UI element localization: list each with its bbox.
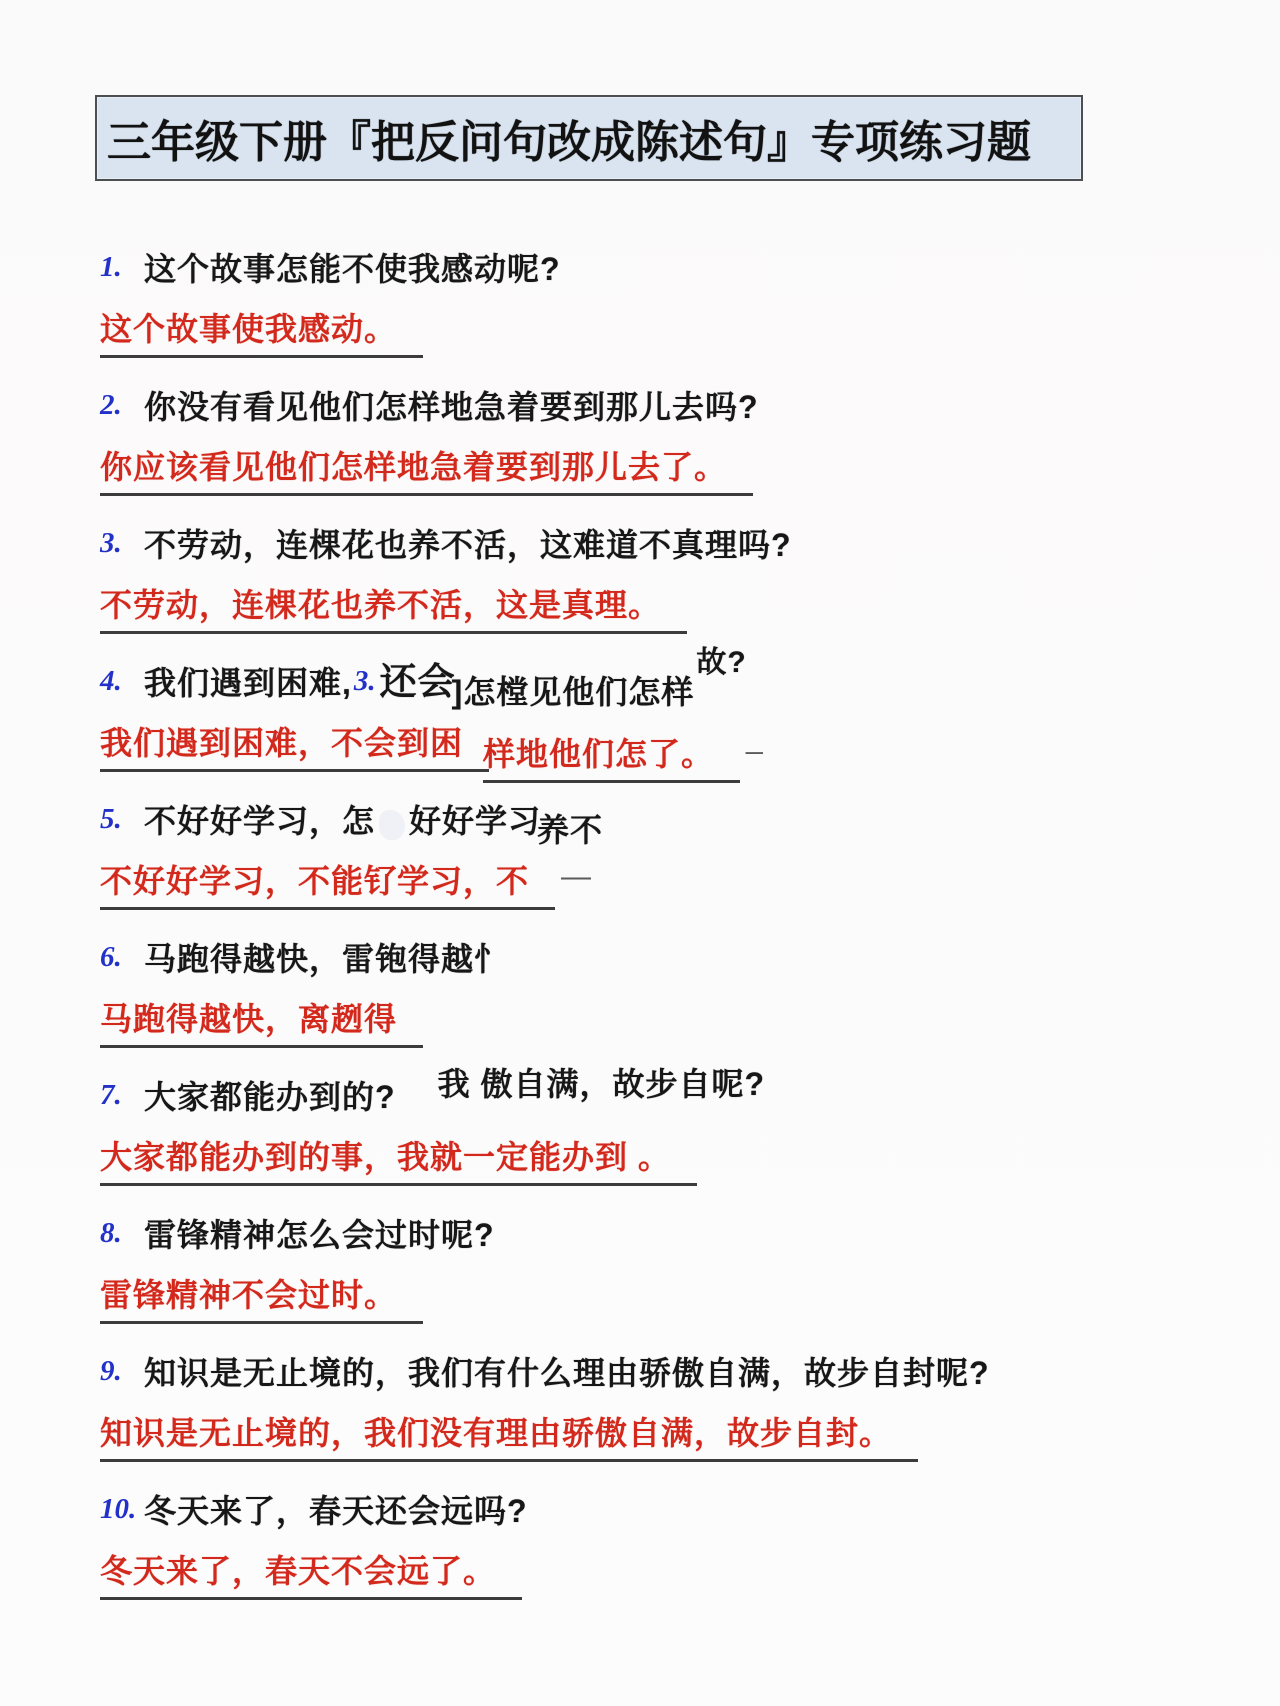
stray-question-number: 3. <box>354 665 380 698</box>
question-text: 知识是无止境的，我们有什么理由骄傲自满，故步自封呢? <box>144 1348 990 1394</box>
question-text: 雷锋精神怎么会过时呢? <box>144 1210 495 1256</box>
question-line-2: 2. 你没有看见他们怎样地急着要到那儿去吗? <box>100 376 1200 434</box>
question-number: 2. <box>100 389 144 422</box>
answer-line-7: 大家都能办到的事，我就一定能办到 。 <box>100 1124 1200 1204</box>
question-number: 8. <box>100 1217 144 1250</box>
answer-line-4: 我们遇到困难，不会到困 样地他们怎了。 _ <box>100 710 1200 790</box>
page-title: 三年级下册『把反问句改成陈述句』专项练习题 <box>107 106 1031 170</box>
blur-artifact <box>379 810 405 840</box>
question-line-6: 6. 马跑得越快，雷铇得越忄 <box>100 928 1200 986</box>
answer-text: 不劳动，连棵花也养不活，这是真理。 <box>100 580 687 634</box>
answer-text: 不好好学习，不能钌学习，不 <box>100 856 555 910</box>
answer-text: 雷锋精神不会过时。 <box>100 1270 423 1324</box>
answer-line-9: 知识是无止境的，我们没有理由骄傲自满，故步自封。 <box>100 1400 1200 1480</box>
question-number: 10. <box>100 1493 144 1526</box>
exercise-item-9: 9. 知识是无止境的，我们有什么理由骄傲自满，故步自封呢? 知识是无止境的，我们… <box>100 1342 1200 1480</box>
question-fragment-raised: 我 傲自满，故步自呢? <box>438 1059 765 1105</box>
question-number: 3. <box>100 527 144 560</box>
question-line-1: 1. 这个故事怎能不使我感动呢? <box>100 238 1200 296</box>
question-fragment: 好好学习 <box>409 796 541 842</box>
answer-text: 马跑得越快，离趔得 <box>100 994 423 1048</box>
exercise-item-6: 6. 马跑得越快，雷铇得越忄 马跑得越快，离趔得 <box>100 928 1200 1066</box>
question-text: 你没有看见他们怎样地急着要到那儿去吗? <box>144 382 759 428</box>
answer-text: 你应该看见他们怎样地急着要到那儿去了。 <box>100 442 753 496</box>
question-text: 我们遇到困难, <box>144 658 352 704</box>
question-text: 不劳动，连棵花也养不活，这难道不真理吗? <box>144 520 792 566</box>
answer-line-10: 冬天来了，春天不会远了。 <box>100 1538 1200 1618</box>
answer-text: 知识是无止境的，我们没有理由骄傲自满，故步自封。 <box>100 1408 918 1462</box>
question-line-5: 5. 不好好学习，怎 好好学习 养不 <box>100 790 1200 848</box>
answer-text: 我们遇到困难，不会到困 <box>100 718 489 772</box>
question-text: 马跑得越快，雷铇得越忄 <box>144 934 507 980</box>
question-text: 不好好学习，怎 <box>144 796 375 842</box>
title-box: 三年级下册『把反问句改成陈述句』专项练习题 <box>95 95 1083 181</box>
question-line-8: 8. 雷锋精神怎么会过时呢? <box>100 1204 1200 1262</box>
answer-line-3: 不劳动，连棵花也养不活，这是真理。 <box>100 572 1200 652</box>
question-fragment: 还会 <box>380 651 456 705</box>
answer-line-1: 这个故事使我感动。 <box>100 296 1200 376</box>
exercise-item-10: 10. 冬天来了，春天还会远吗? 冬天来了，春天不会远了。 <box>100 1480 1200 1618</box>
exercise-item-2: 2. 你没有看见他们怎样地急着要到那儿去吗? 你应该看见他们怎样地急着要到那儿去… <box>100 376 1200 514</box>
answer-line-8: 雷锋精神不会过时。 <box>100 1262 1200 1342</box>
answer-text: 冬天来了，春天不会远了。 <box>100 1546 522 1600</box>
exercise-item-3: 3. 不劳动，连棵花也养不活，这难道不真理吗? 不劳动，连棵花也养不活，这是真理… <box>100 514 1200 652</box>
question-line-10: 10. 冬天来了，春天还会远吗? <box>100 1480 1200 1538</box>
question-number: 4. <box>100 665 144 698</box>
exercise-item-5: 5. 不好好学习，怎 好好学习 养不 不好好学习，不能钌学习，不 — <box>100 790 1200 928</box>
question-fragment-overlap: 养不 <box>537 805 603 851</box>
exercise-list: 1. 这个故事怎能不使我感动呢? 这个故事使我感动。 2. 你没有看见他们怎样地… <box>100 238 1200 1618</box>
question-fragment-overlap: ]怎樘见他们怎样 <box>452 667 695 713</box>
question-line-9: 9. 知识是无止境的，我们有什么理由骄傲自满，故步自封呢? <box>100 1342 1200 1400</box>
exercise-item-1: 1. 这个故事怎能不使我感动呢? 这个故事使我感动。 <box>100 238 1200 376</box>
answer-text: 这个故事使我感动。 <box>100 304 423 358</box>
worksheet-page: 三年级下册『把反问句改成陈述句』专项练习题 1. 这个故事怎能不使我感动呢? 这… <box>0 0 1280 1706</box>
question-text: 这个故事怎能不使我感动呢? <box>144 244 561 290</box>
question-number: 1. <box>100 251 144 284</box>
question-text: 冬天来了，春天还会远吗? <box>144 1486 528 1532</box>
question-text: 大家都能办到的? <box>144 1072 396 1118</box>
answer-fragment-overlap: 样地他们怎了。 <box>483 729 740 783</box>
question-number: 9. <box>100 1355 144 1388</box>
question-fragment-raised: 故? <box>696 637 746 681</box>
stray-dash: — <box>561 860 591 894</box>
exercise-item-8: 8. 雷锋精神怎么会过时呢? 雷锋精神不会过时。 <box>100 1204 1200 1342</box>
stray-mark: _ <box>746 722 763 756</box>
exercise-item-7: 7. 大家都能办到的? 我 傲自满，故步自呢? 大家都能办到的事，我就一定能办到… <box>100 1066 1200 1204</box>
answer-line-5: 不好好学习，不能钌学习，不 — <box>100 848 1200 928</box>
question-number: 6. <box>100 941 144 974</box>
answer-text: 大家都能办到的事，我就一定能办到 。 <box>100 1132 697 1186</box>
question-line-4: 4. 我们遇到困难, 3. 还会 ]怎樘见他们怎样 故? <box>100 652 1200 710</box>
question-line-3: 3. 不劳动，连棵花也养不活，这难道不真理吗? <box>100 514 1200 572</box>
question-number: 5. <box>100 803 144 836</box>
question-number: 7. <box>100 1079 144 1112</box>
answer-line-2: 你应该看见他们怎样地急着要到那儿去了。 <box>100 434 1200 514</box>
answer-line-6: 马跑得越快，离趔得 <box>100 986 1200 1066</box>
question-line-7: 7. 大家都能办到的? 我 傲自满，故步自呢? <box>100 1066 1200 1124</box>
exercise-item-4: 4. 我们遇到困难, 3. 还会 ]怎樘见他们怎样 故? 我们遇到困难，不会到困… <box>100 652 1200 790</box>
